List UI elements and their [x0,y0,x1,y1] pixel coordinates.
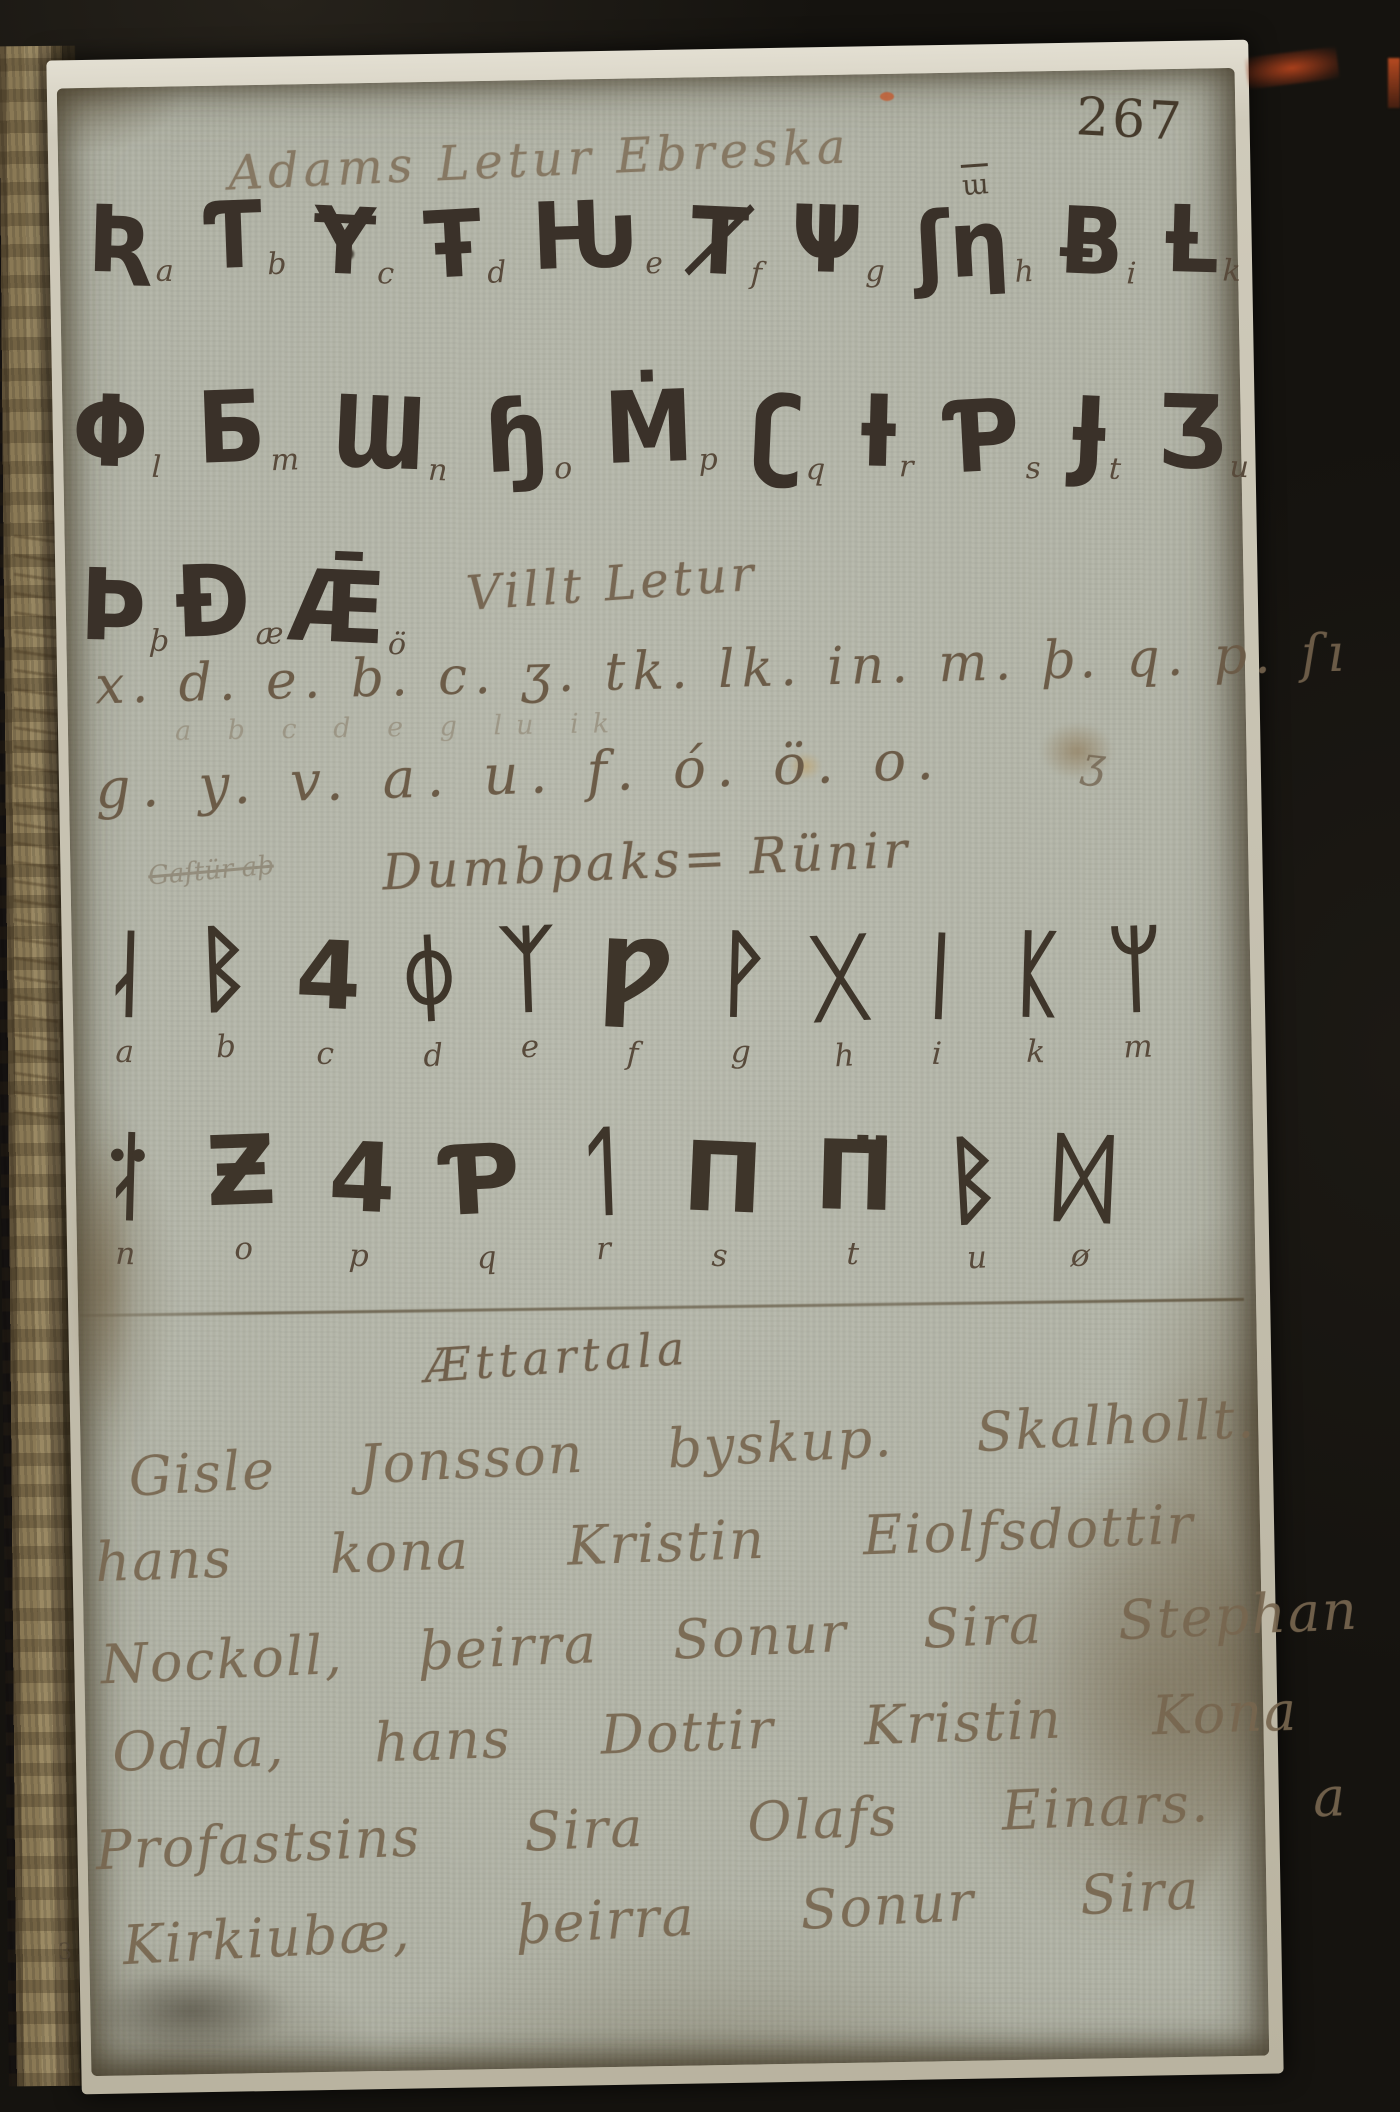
glyph-latin-equivalent: k [1026,1034,1046,1070]
alphabet-glyph: Ƚ [1165,193,1221,287]
glyph-latin-equivalent: r [595,1231,611,1267]
glyph-cell: Πs [679,1128,766,1275]
alphabet-glyph: ᛕ [1009,927,1068,1022]
glyph-latin-equivalent: a [155,254,174,289]
glyph-cell: Ψg [790,197,889,283]
alphabet-glyph: ᛒ [942,1131,1005,1230]
alphabet-glyph: ᛘ [1105,922,1165,1018]
glyph-cell: Ɯn [330,387,453,482]
glyph-latin-equivalent: r [899,449,914,484]
alphabet-glyph: Π̈ [813,1127,896,1225]
glyph-latin-equivalent: q [805,452,826,488]
glyph-cell: Ɨr [860,387,918,478]
alphabet-glyph: Ƕ [531,187,642,283]
alphabet-glyph: ᛒ [194,922,254,1018]
glyph-latin-equivalent: ø [1071,1238,1091,1275]
alphabet-glyph: 4 [327,1129,398,1228]
alphabet-glyph: Ð [173,552,252,654]
rune-row-2: ᛆ̈nƵo4pƤqᛐrΠsΠ̈tᛒuᛞø [98,1126,1112,1270]
glyph-cell: Π̈t [812,1127,896,1273]
margin-mark: 3 [58,1940,72,1965]
glyph-cell: Ⱦf [689,198,767,285]
glyph-cell: Ʀa [87,197,178,283]
alphabet-glyph: ʗ [749,384,805,485]
glyph-cell: ᛁi [908,929,971,1073]
alphabet-glyph: Ƶ [204,1122,277,1220]
alphabet-glyph: Ŧ [421,197,483,292]
folio-number: 267 [1075,87,1186,153]
alphabet-glyph: ᛐ [570,1122,631,1220]
alphabet-glyph: Ɯ [330,383,428,486]
glyph-cell: Ŧd [422,200,509,288]
alphabet-glyph: ᛆ̈ [97,1127,157,1224]
red-pigment-mark [1388,58,1400,108]
pen-flourish: ʒ [1080,737,1109,788]
alphabet-glyph: ᚷ [809,931,870,1028]
glyph-cell: ᛒb [194,922,255,1066]
alphabet-glyph: Ƿ [597,928,675,1025]
glyph-latin-equivalent: s [711,1238,728,1275]
alphabet-glyph: ʃƞ [912,196,1011,293]
alphabet-glyph: 4 [293,929,362,1026]
glyph-latin-equivalent: u [1229,450,1249,485]
glyph-cell: ʃƞh [912,199,1036,289]
glyph-cell: 4p [325,1129,398,1276]
glyph-latin-equivalent: æ [255,616,284,652]
alphabet-glyph: Ψ [790,193,864,287]
alphabet-glyph: Ǣ [286,557,388,660]
glyph-cell: ᛒu [942,1131,1007,1278]
glyph-cell: ᛐr [570,1122,633,1268]
glyph-latin-equivalent: b [216,1029,237,1066]
alphabet-glyph: Þ [79,556,148,657]
glyph-cell: Ƃm [195,381,301,475]
glyph-latin-equivalent: o [234,1231,254,1268]
alphabet-glyph: ᛉ [498,922,558,1018]
glyph-latin-equivalent: u [966,1239,988,1276]
glyph-cell: Ƥs [947,390,1043,485]
alphabet-glyph: ᚹ [714,927,773,1022]
alphabet-glyph: ᛁ [910,929,970,1025]
glyph-cell: ᛘm [1105,922,1166,1066]
glyph-latin-equivalent: p [348,1238,369,1275]
alphabet-glyph: Ɏ [312,194,377,289]
glyph-latin-equivalent: o [553,451,573,487]
glyph-latin-equivalent: t [1108,451,1122,486]
alphabet-glyph: ɧ [482,387,551,489]
adams-alphabet-row-2: ΦlƂmƜnɧoṀpʗqƗrƤsɈtƷu [72,386,1252,476]
glyph-cell: ɧo [482,390,575,484]
glyph-latin-equivalent: d [422,1037,444,1074]
glyph-cell: Ƿf [595,928,675,1073]
glyph-latin-equivalent: i [1126,256,1137,291]
glyph-cell: Ƀi [1058,198,1141,285]
rune-row-1: ᛆaᛒb4cᛰdᛉeǷfᚹgᚷhᛁiᛕkᛘm [98,926,1164,1068]
glyph-cell: Ṁp [603,381,721,475]
glyph-latin-equivalent: e [520,1029,540,1066]
glyph-latin-equivalent: g [865,254,885,289]
alphabet-glyph: Ƀ [1058,194,1126,289]
glyph-latin-equivalent: n [428,453,449,489]
glyph-cell: Ɉt [1071,389,1126,481]
glyph-latin-equivalent: e [645,246,664,282]
glyph-latin-equivalent: p [698,442,718,478]
glyph-cell: Ƭb [201,192,288,279]
glyph-latin-equivalent: c [376,256,394,292]
red-pigment-mark [880,92,894,101]
glyph-cell: Ʒu [1156,387,1253,479]
glyph-cell: Φl [71,387,165,479]
glyph-cell: Ƥq [443,1130,525,1278]
glyph-latin-equivalent: f [750,256,763,291]
glyph-latin-equivalent: a [115,1034,134,1070]
alphabet-glyph: Ƥ [443,1130,523,1230]
alphabet-glyph: Π [681,1128,765,1227]
alphabet-glyph: Ƃ [195,378,267,479]
alphabet-glyph: ᛰ [399,931,460,1028]
glyph-cell: Ƶo [204,1122,279,1268]
glyph-latin-equivalent: g [731,1034,752,1071]
glyph-latin-equivalent: l [151,450,162,485]
alphabet-glyph: Ƥ [947,386,1022,489]
glyph-cell: ᚷh [809,931,873,1076]
alphabet-glyph: Ʀ [87,193,154,287]
alphabet-glyph: Φ [71,382,150,483]
alphabet-glyph: Ʒ [1156,382,1228,483]
glyph-cell: Þþ [79,561,173,653]
alphabet-glyph: ᛆ [97,927,156,1022]
alphabet-glyph: Ƭ [201,188,264,282]
glyph-cell: ᛆ̈n [96,1127,157,1272]
glyph-latin-equivalent: i [931,1036,942,1072]
glyph-latin-equivalent: d [486,255,507,291]
red-pigment-mark [1244,47,1339,90]
glyph-latin-equivalent: b [267,247,287,283]
spine-ghost-writing [14,520,58,1120]
glyph-cell: ᛕk [1007,927,1067,1070]
glyph-cell: ʗq [750,388,831,481]
glyph-cell: Ǣö [286,561,412,656]
glyph-cell: ᚹg [712,927,772,1070]
manuscript-photo: Adams Letur Ebreska 267 ɯ 3 ƦaƬbɎcŦdǶeȾf… [0,0,1400,2112]
alphabet-glyph: Ɉ [1071,384,1109,484]
alphabet-glyph: Ⱦ [688,194,749,289]
glyph-cell: ᛰd [399,931,463,1076]
glyph-latin-equivalent: m [1122,1028,1153,1065]
glyph-latin-equivalent: q [476,1239,498,1276]
glyph-cell: Ɏc [312,198,399,286]
glyph-cell: ᛞø [1051,1129,1115,1275]
glyph-latin-equivalent: s [1024,451,1041,487]
glyph-latin-equivalent: t [846,1236,859,1272]
glyph-latin-equivalent: h [833,1037,855,1074]
alphabet-glyph: Ɨ [860,383,898,483]
glyph-latin-equivalent: m [270,442,300,478]
glyph-latin-equivalent: f [626,1036,639,1072]
glyph-cell: Ƕe [531,191,666,280]
glyph-latin-equivalent: c [315,1036,334,1073]
glyph-latin-equivalent: h [1014,254,1035,290]
glyph-latin-equivalent: k [1222,253,1241,288]
alphabet-glyph: Ṁ [603,377,696,479]
glyph-cell: ᛉe [498,922,559,1066]
glyph-cell: Ƚk [1165,197,1245,283]
glyph-latin-equivalent: n [115,1236,136,1273]
adams-alphabet-row-1: ƦaƬbɎcŦdǶeȾfΨgʃƞhɃiȽk [88,196,1244,280]
glyph-cell: Ðæ [173,555,286,649]
alphabet-glyph: ᛞ [1053,1129,1115,1227]
glyph-cell: ᛆa [96,927,156,1070]
glyph-cell: 4c [291,929,363,1074]
adams-alphabet-row-3: ÞþÐæǢö [80,560,410,650]
